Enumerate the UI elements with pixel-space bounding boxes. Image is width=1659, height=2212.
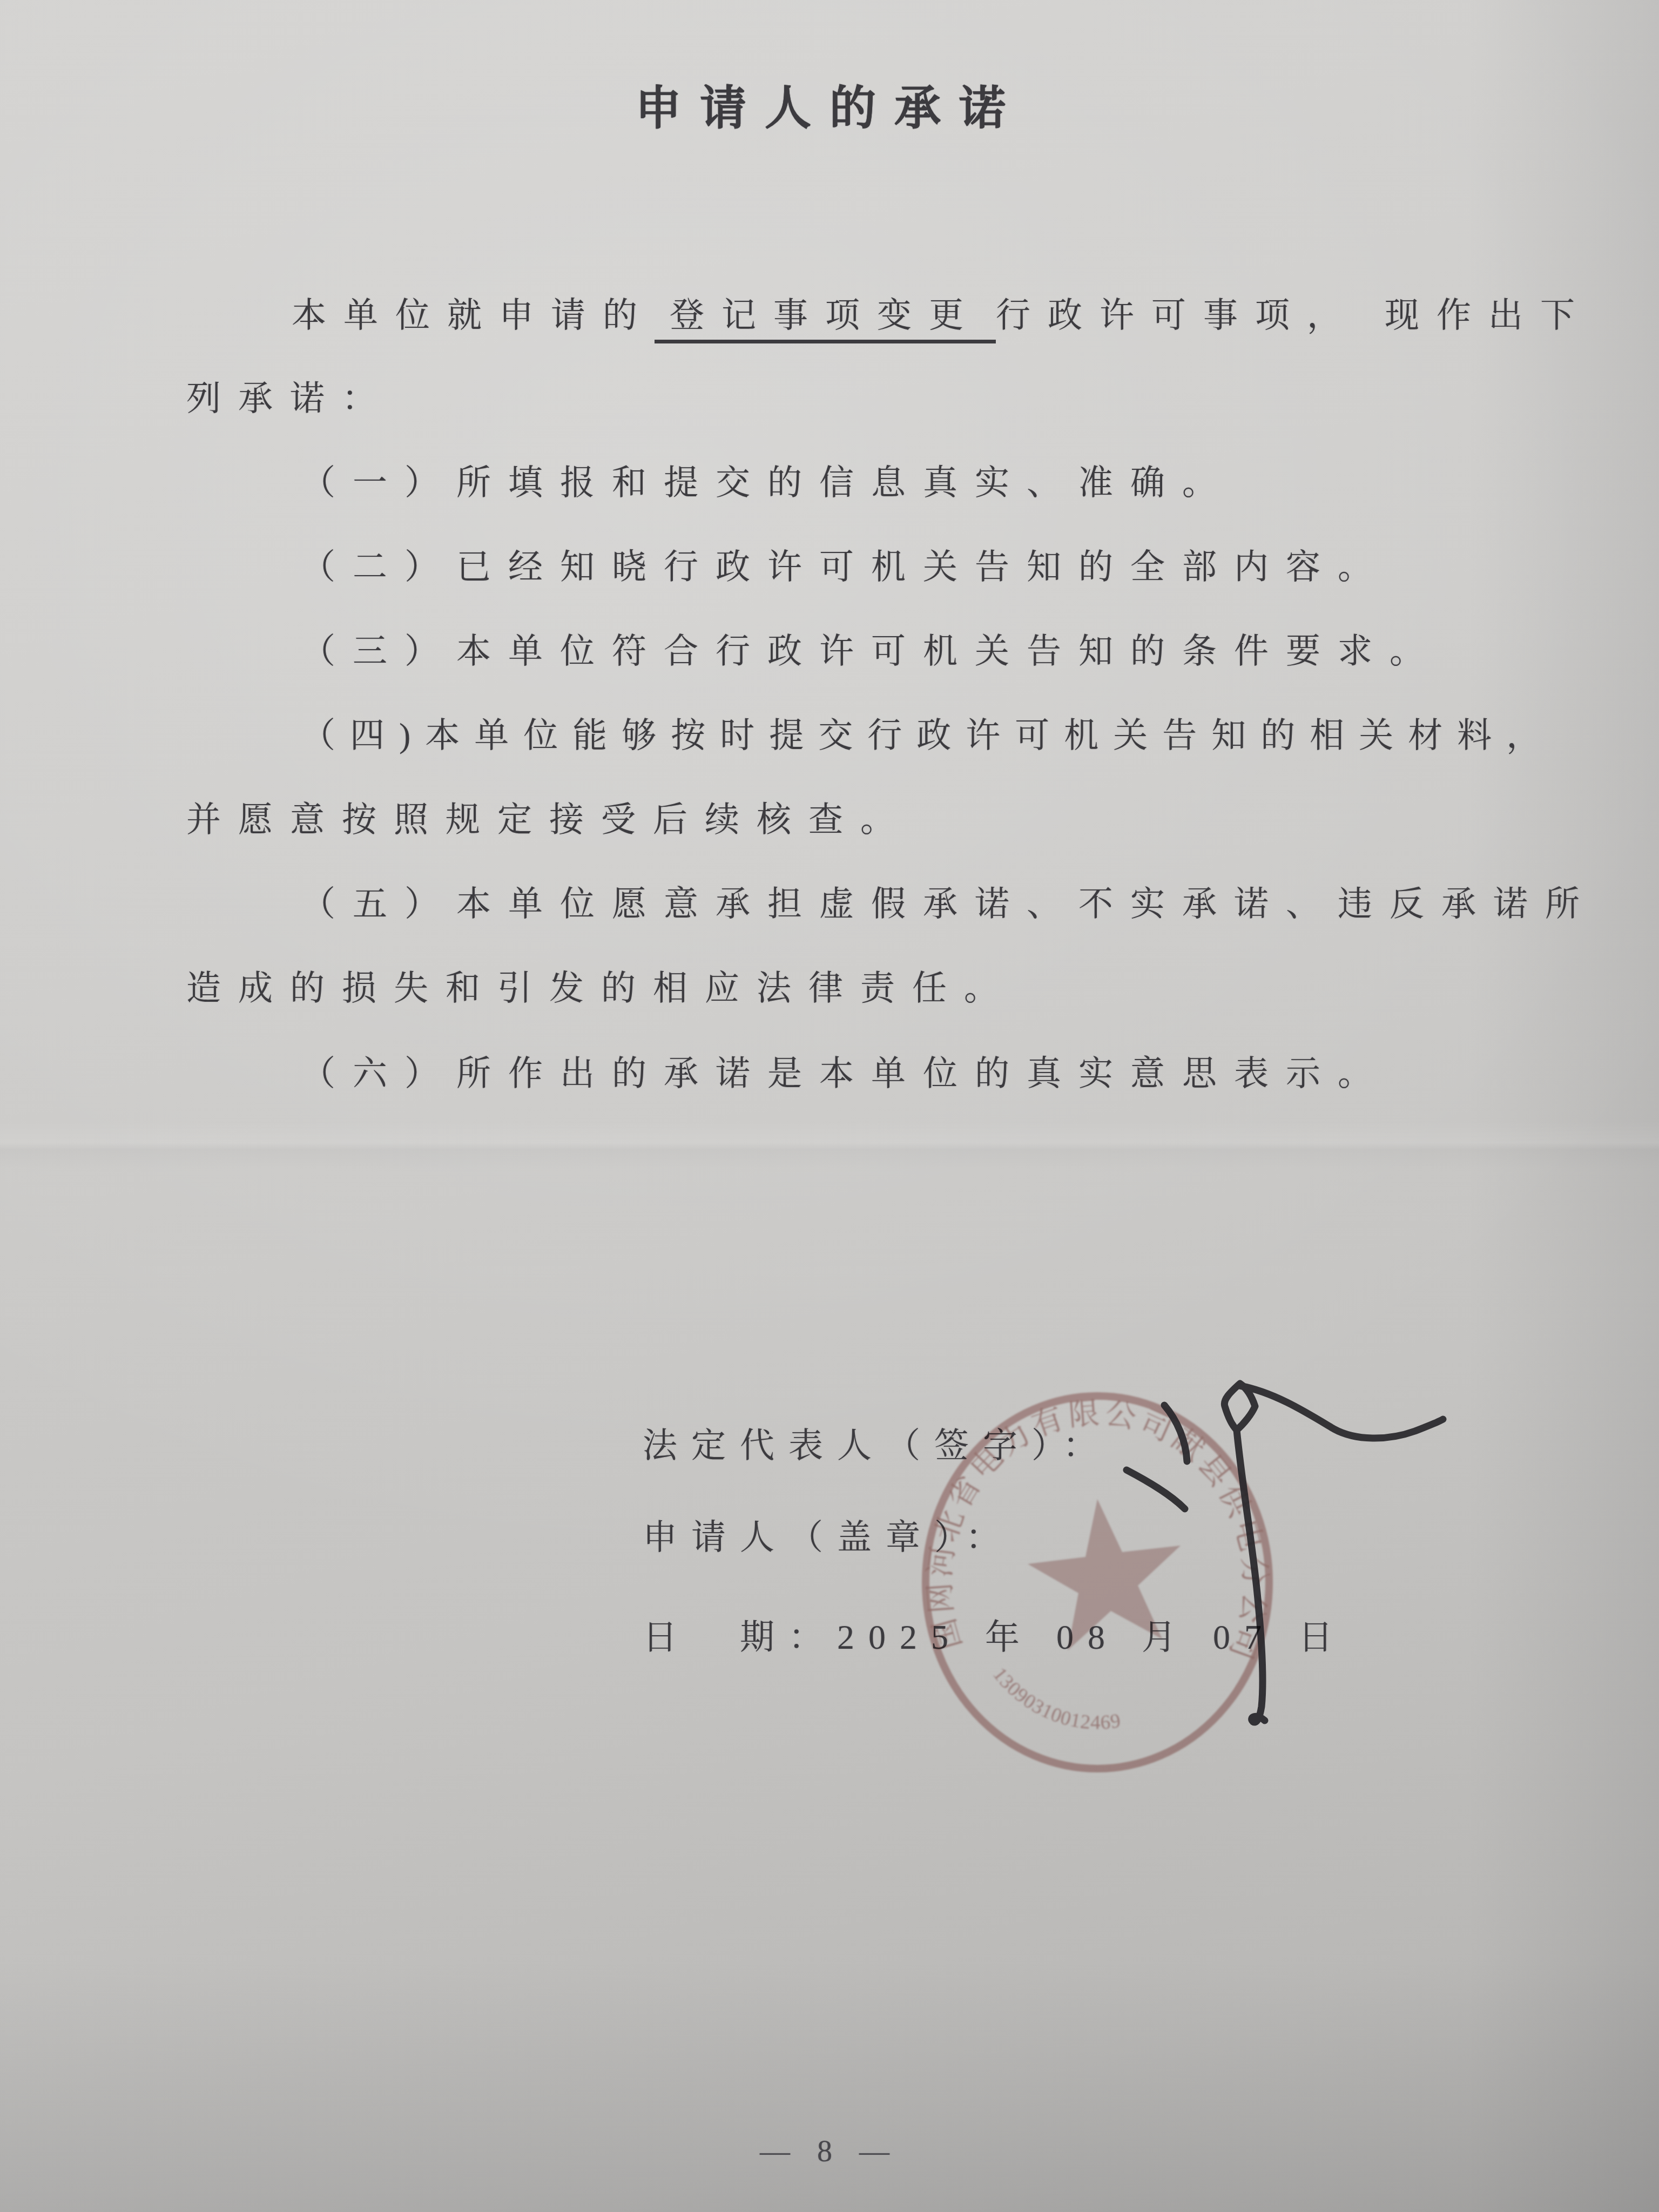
commitment-item-5: （五）本单位愿意承担虚假承诺、不实承诺、违反承诺所: [301, 887, 1597, 921]
date-label: 日 期：: [643, 1618, 837, 1656]
intro-line-1: 本单位就申请的登记事项变更行政许可事项， 现作出下: [292, 298, 1592, 333]
legal-rep-signature-label: 法定代表人（签字）：: [643, 1428, 1111, 1463]
page-number: — 8 —: [0, 2134, 1659, 2169]
commitment-item-1: （一）所填报和提交的信息真实、准确。: [301, 466, 1234, 500]
date-line: 日 期：2025 年 08 月 07 日: [643, 1620, 1347, 1655]
commitment-item-3: （三）本单位符合行政许可机关告知的条件要求。: [301, 634, 1441, 669]
commitment-item-5-wrap: 造成的损失和引发的相应法律责任。: [186, 971, 1016, 1006]
intro-prefix: 本单位就申请的: [292, 296, 655, 334]
applicant-seal-label: 申请人（盖章）：: [643, 1520, 1014, 1555]
commitment-item-2: （二）已经知晓行政许可机关告知的全部内容。: [301, 550, 1390, 584]
paper-crease: [0, 1121, 1659, 1169]
intro-suffix: 行政许可事项， 现作出下: [996, 296, 1592, 334]
scanned-document-page: 申请人的承诺 本单位就申请的登记事项变更行政许可事项， 现作出下 列承诺： （一…: [0, 0, 1659, 2212]
intro-line-2: 列承诺：: [186, 381, 394, 416]
commitment-item-6: （六）所作出的承诺是本单位的真实意思表示。: [301, 1056, 1390, 1091]
page-title: 申请人的承诺: [0, 85, 1659, 132]
date-value: 2025 年 08 月 07 日: [837, 1618, 1347, 1656]
commitment-item-4-wrap: 并愿意按照规定接受后续核查。: [186, 802, 912, 837]
underlined-permit-item: 登记事项变更: [655, 296, 996, 343]
commitment-item-4: （四)本单位能够按时提交行政许可机关告知的相关材料，: [301, 718, 1555, 753]
paper-shadow-bottom: [0, 1931, 1659, 2212]
